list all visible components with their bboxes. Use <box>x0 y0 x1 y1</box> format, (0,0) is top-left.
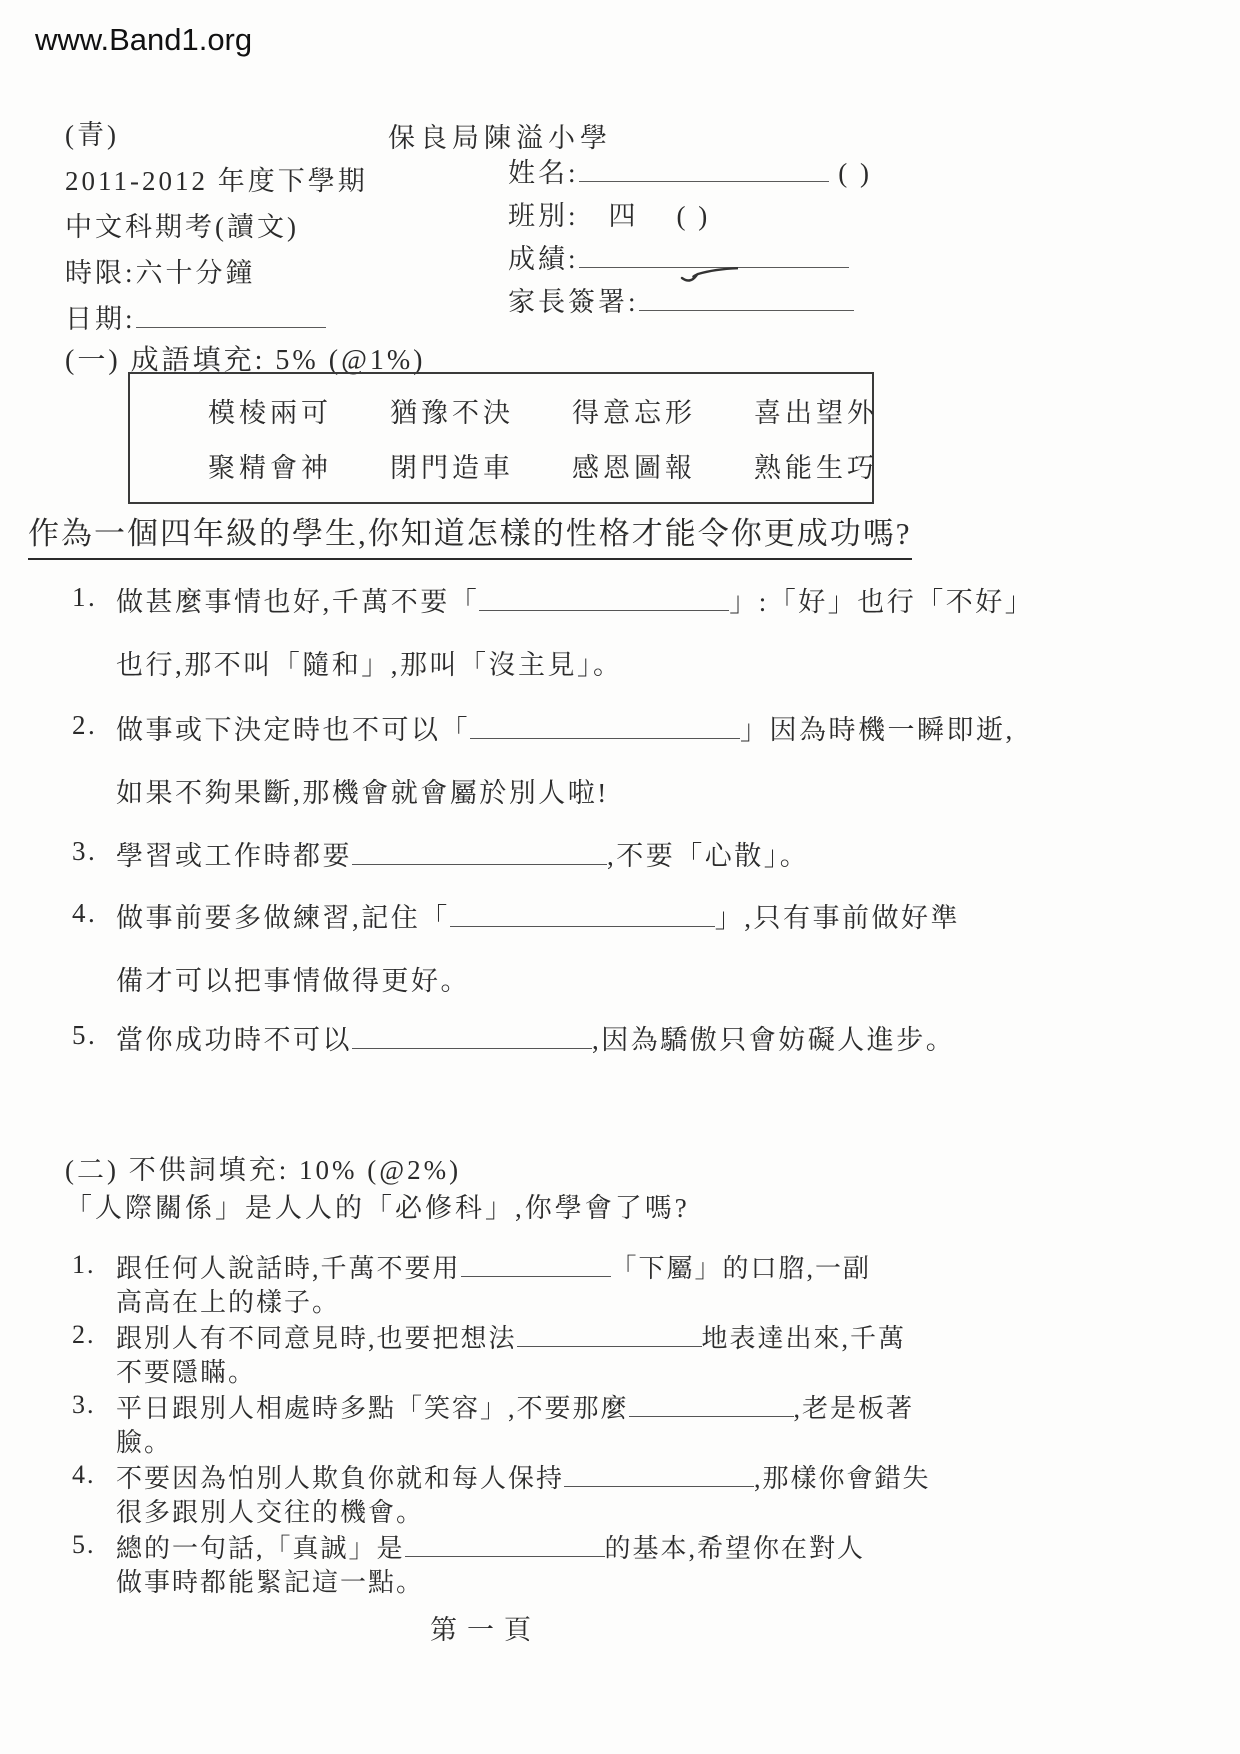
section2-title: (二) 不供詞填充: 10% (@2%) <box>65 1148 461 1187</box>
question-text: 」因為時機一瞬即逝, <box>740 715 1015 745</box>
question-number: 3. <box>72 836 116 899</box>
question-text: 跟任何人說話時,千萬不要用 <box>116 1254 461 1283</box>
name-blank-line <box>579 154 829 182</box>
question-text: 」,只有事前做好準 <box>715 903 960 933</box>
question-text: 不要因為怕別人欺負你就和每人保持 <box>116 1464 564 1493</box>
idiom-item: 猶豫不決 <box>390 391 514 430</box>
header-right: 姓名: ( ) 班別:四( ) 成績: 家長簽署: <box>508 152 872 324</box>
idiom-item: 模棱兩可 <box>208 391 332 430</box>
page-number-footer: 第一頁 <box>430 1608 541 1647</box>
question-number: 5. <box>72 1020 116 1083</box>
score-label: 成績: <box>508 244 579 274</box>
date-blank-line <box>136 300 326 328</box>
question-text: 臉。 <box>116 1426 914 1462</box>
question-row: 4. 不要因為怕別人欺負你就和每人保持,那樣你會錯失 很多跟別人交往的機會。 <box>72 1460 931 1532</box>
site-watermark: www.Band1.org <box>35 22 252 58</box>
question-number: 1. <box>72 582 116 708</box>
question-text: ,不要「心散」。 <box>607 841 809 871</box>
question-text: 學習或工作時都要 <box>116 841 352 871</box>
question-text: 不要隱瞞。 <box>116 1356 906 1392</box>
question-row: 1. 做甚麼事情也好,千萬不要「」:「好」也行「不好」 也行,那不叫「隨和」,那… <box>72 582 1034 708</box>
parent-signature-label: 家長簽署: <box>508 287 639 317</box>
name-label: 姓名: <box>508 158 579 188</box>
fill-blank <box>629 1390 794 1417</box>
class-value: 四 <box>579 195 677 238</box>
question-text: 也行,那不叫「隨和」,那叫「沒主見」。 <box>116 645 1034 708</box>
question-text: 做事前要多做練習,記住「 <box>116 903 450 933</box>
school-name: 保良局陳溢小學 <box>388 116 612 155</box>
fill-blank <box>517 1320 702 1347</box>
idiom-item: 閉門造車 <box>390 446 514 485</box>
question-number: 3. <box>72 1390 116 1462</box>
time-limit: 時限:六十分鐘 <box>65 250 368 296</box>
question-row: 3. 學習或工作時都要,不要「心散」。 <box>72 836 809 899</box>
question-row: 5. 當你成功時不可以,因為驕傲只會妨礙人進步。 <box>72 1020 955 1083</box>
question-text: 備才可以把事情做得更好。 <box>116 961 960 1024</box>
question-text: 跟別人有不同意見時,也要把想法 <box>116 1324 517 1353</box>
section1-heading: 作為一個四年級的學生,你知道怎樣的性格才能令你更成功嗎? <box>28 508 912 560</box>
idiom-item: 聚精會神 <box>208 446 332 485</box>
question-text: 高高在上的樣子。 <box>116 1286 871 1322</box>
exam-version: (青) <box>65 112 368 158</box>
fill-blank <box>461 1250 611 1277</box>
question-text: 做甚麼事情也好,千萬不要「 <box>116 587 479 617</box>
header-left: (青) 2011-2012 年度下學期 中文科期考(讀文) 時限:六十分鐘 日期… <box>65 112 368 342</box>
question-row: 4. 做事前要多做練習,記住「」,只有事前做好準 備才可以把事情做得更好。 <box>72 898 960 1024</box>
parent-signature-row: 家長簽署: <box>508 281 872 324</box>
question-text: ,老是板著 <box>794 1394 915 1423</box>
question-text: 的基本,希望你在對人 <box>605 1534 866 1563</box>
question-number: 1. <box>72 1250 116 1322</box>
fill-blank <box>470 711 740 739</box>
section2-intro: 「人際關係」是人人的「必修科」,你學會了嗎? <box>65 1186 690 1225</box>
score-row: 成績: <box>508 238 872 281</box>
question-text: 做事時都能緊記這一點。 <box>116 1566 865 1602</box>
question-number: 2. <box>72 1320 116 1392</box>
fill-blank <box>405 1530 605 1557</box>
fill-blank <box>479 583 729 611</box>
question-row: 1. 跟任何人說話時,千萬不要用「下屬」的口脗,一副 高高在上的樣子。 <box>72 1250 871 1322</box>
idiom-row-1: 模棱兩可 猶豫不決 得意忘形 喜出望外 <box>130 391 872 430</box>
question-row: 5. 總的一句話,「真誠」是的基本,希望你在對人 做事時都能緊記這一點。 <box>72 1530 865 1602</box>
question-text: ,因為驕傲只會妨礙人進步。 <box>592 1025 955 1055</box>
question-text: 總的一句話,「真誠」是 <box>116 1534 405 1563</box>
idiom-word-box: 模棱兩可 猶豫不決 得意忘形 喜出望外 聚精會神 閉門造車 感恩圖報 熟能生巧 <box>128 372 874 504</box>
date-row: 日期: <box>65 296 368 342</box>
question-number: 2. <box>72 710 116 836</box>
idiom-item: 喜出望外 <box>754 391 878 430</box>
fill-blank <box>564 1460 754 1487</box>
question-text: ,那樣你會錯失 <box>754 1464 931 1493</box>
parent-signature-blank-line <box>639 283 854 311</box>
question-text: 如果不夠果斷,那機會就會屬於別人啦! <box>116 773 1015 836</box>
fill-blank <box>450 899 715 927</box>
question-text: 做事或下決定時也不可以「 <box>116 715 470 745</box>
idiom-item: 得意忘形 <box>572 391 696 430</box>
class-number-brackets: ( ) <box>677 201 711 231</box>
question-text: 平日跟別人相處時多點「笑容」,不要那麼 <box>116 1394 629 1423</box>
idiom-item: 熟能生巧 <box>754 446 878 485</box>
fill-blank <box>352 1021 592 1049</box>
class-label: 班別: <box>508 201 579 231</box>
fill-blank <box>352 837 607 865</box>
date-label: 日期: <box>65 304 136 334</box>
question-row: 2. 跟別人有不同意見時,也要把想法地表達出來,千萬 不要隱瞞。 <box>72 1320 906 1392</box>
school-year: 2011-2012 年度下學期 <box>65 158 368 204</box>
question-row: 3. 平日跟別人相處時多點「笑容」,不要那麼,老是板著 臉。 <box>72 1390 914 1462</box>
question-number: 4. <box>72 1460 116 1532</box>
question-text: 很多跟別人交往的機會。 <box>116 1496 931 1532</box>
name-row: 姓名: ( ) <box>508 152 872 195</box>
question-text: 「下屬」的口脗,一副 <box>611 1254 872 1283</box>
question-text: 當你成功時不可以 <box>116 1025 352 1055</box>
question-text: 地表達出來,千萬 <box>702 1324 907 1353</box>
scanned-exam-page: www.Band1.org (青) 2011-2012 年度下學期 中文科期考(… <box>0 0 1240 1754</box>
idiom-item: 感恩圖報 <box>572 446 696 485</box>
idiom-row-2: 聚精會神 閉門造車 感恩圖報 熟能生巧 <box>130 446 872 485</box>
exam-title: 中文科期考(讀文) <box>65 204 368 250</box>
name-number-brackets: ( ) <box>838 158 872 188</box>
question-text: 」:「好」也行「不好」 <box>729 587 1034 617</box>
question-number: 5. <box>72 1530 116 1602</box>
class-row: 班別:四( ) <box>508 195 872 238</box>
question-number: 4. <box>72 898 116 1024</box>
question-row: 2. 做事或下決定時也不可以「」因為時機一瞬即逝, 如果不夠果斷,那機會就會屬於… <box>72 710 1015 836</box>
